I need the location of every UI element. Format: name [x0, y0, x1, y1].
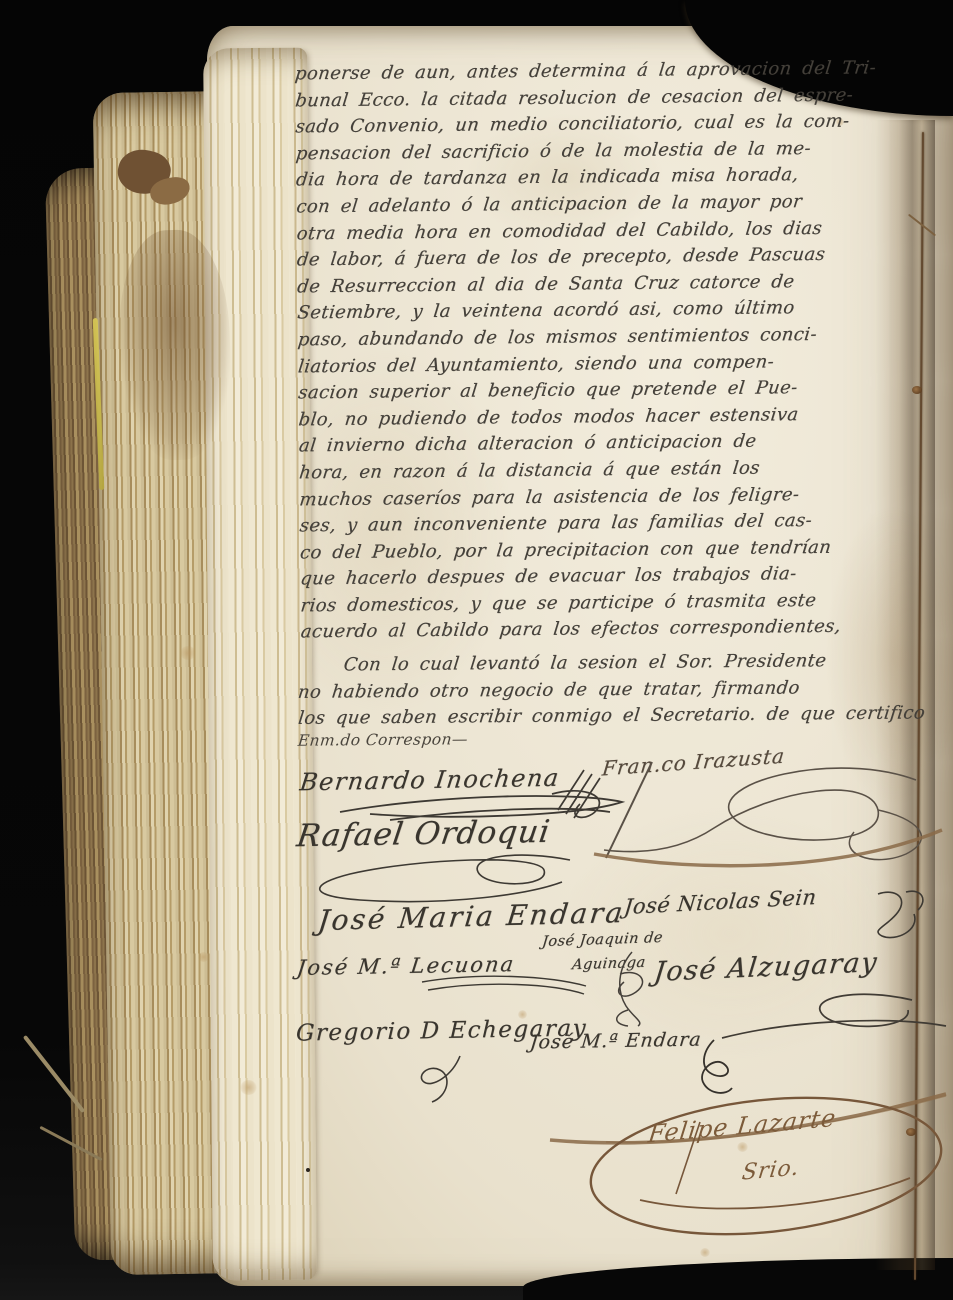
signature-bernardo-inochena: Bernardo Inochena	[298, 764, 561, 797]
signature-jose-joaquin-aguinaga-line2: Aguinaga	[571, 955, 646, 974]
stitch-knot	[906, 1128, 916, 1136]
emendation-note: Enm.do Correspon—	[297, 730, 469, 749]
manuscript-closing: Con lo cual levantó la sesion el Sor. Pr…	[296, 649, 949, 734]
manuscript-body: ponerse de aun, antes determina á la apr…	[293, 57, 951, 649]
manuscript-line: los que saben escribir conmigo el Secret…	[296, 702, 951, 734]
signature-jose-maria-lecuona: José M.ª Lecuona	[296, 952, 517, 980]
signature-secretary-role: Srio.	[741, 1155, 801, 1185]
scanned-manuscript-photo: ponerse de aun, antes determina á la apr…	[0, 0, 953, 1300]
signature-jose-maria-endara-2: José M.ª Endara	[529, 1028, 703, 1053]
ink-fleck	[306, 1168, 310, 1172]
signature-rafael-ordoqui: Rafael Ordoqui	[294, 814, 552, 855]
